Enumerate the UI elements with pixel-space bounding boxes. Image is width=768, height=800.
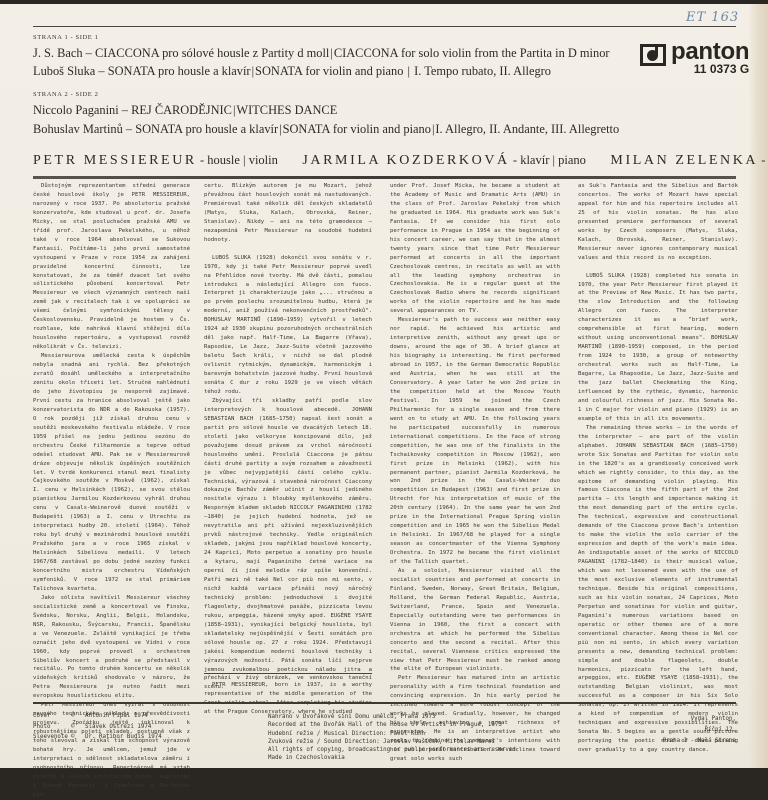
paragraph: The remaining three works — in the words… <box>578 424 738 755</box>
notes-cz-column-1: Důstojným reprezentantem střední generac… <box>33 182 190 768</box>
track-title-cz: SONATA pro housle a klavír <box>135 122 278 136</box>
paragraph: Messiereur's path to success was neither… <box>390 316 560 567</box>
paragraph: certu. Blízkým autorem je mu Mozart, jeh… <box>204 182 372 245</box>
performers-line: PETR MESSIEREUR - housle | violin JARMIL… <box>33 152 768 169</box>
paragraph: Zbývající tři skladby patří podle slov i… <box>204 397 372 692</box>
performer-name: JARMILA KOZDERKOVÁ <box>302 153 509 168</box>
paragraph: LUBOŠ SLUKA (1928) dokončil svou sonátu … <box>204 254 372 397</box>
paragraph: Messiereurova umělecká cesta k úspěchům … <box>33 352 190 594</box>
track-title-en: CIACCONA for solo violin from the Partit… <box>334 46 610 60</box>
language-divider <box>204 673 372 674</box>
track-title-cz: CIACCONA pro sólové housle z Partity d m… <box>95 46 329 60</box>
track-title-en: WITCHES DANCE <box>236 103 337 117</box>
performer-name: PETR MESSIEREUR <box>33 153 197 168</box>
panton-note-square-icon <box>640 44 666 66</box>
paragraph: PETR MESSIEREUR, born in 1937, is a wort… <box>204 681 372 717</box>
footer-divider <box>33 702 736 704</box>
track-composer: Bohuslav Martinů <box>33 122 123 136</box>
sleeve-edge <box>748 4 768 768</box>
credit-row: Cover©Antonín Pípal 1974 <box>33 711 162 722</box>
label-name: panton <box>671 40 749 64</box>
track-title-en: SONATA for violin and piano <box>255 64 403 78</box>
track-composer: Niccolo Paganini <box>33 103 119 117</box>
side2-track-1: Niccolo Paganini – REJ ČARODĚJNIC|WITCHE… <box>33 103 337 118</box>
paragraph: under Prof. Josef Micka, he became a stu… <box>390 182 560 316</box>
handwritten-note: ET 163 <box>686 10 739 25</box>
panton-logo: panton 11 0373 G <box>640 40 749 75</box>
notes-en-column-3: under Prof. Josef Micka, he became a stu… <box>390 182 560 764</box>
side2-track-2: Bohuslav Martinů – SONATA pro housle a k… <box>33 122 619 137</box>
side1-label: STRANA 1 - SIDE 1 <box>33 34 98 41</box>
recording-info: Nahráno v Dvořákově síni Domu umělců, Pr… <box>268 713 516 763</box>
copyright-icon: © <box>71 732 85 743</box>
paragraph: As a soloist, Messiereur visited all the… <box>390 567 560 674</box>
side1-track-1: J. S. Bach – CIACCONA pro sólové housle … <box>33 46 610 61</box>
track-title-en: SONATA for violin and piano <box>283 122 431 136</box>
notes-en-column-2: PETR MESSIEREUR, born in 1937, is a wort… <box>204 681 372 717</box>
paragraph: LUBOŠ SLUKA (1928) completed his sonata … <box>578 272 738 424</box>
side1-track-2: Luboš Sluka – SONATA pro housle a klavír… <box>33 64 551 79</box>
track-title-cz: SONATA pro housle a klavír <box>108 64 251 78</box>
track-movements: I. Tempo rubato, II. Allegro <box>414 64 551 78</box>
paragraph: Důstojným reprezentantem střední generac… <box>33 182 190 352</box>
header-divider <box>33 176 736 179</box>
credits: Cover©Antonín Pípal 1974 Photo©Slávek Os… <box>33 711 162 743</box>
side2-label: STRANA 2 - SIDE 2 <box>33 91 98 98</box>
track-movements: I. Allegro, II. Andante, III. Allegretto <box>435 122 619 136</box>
track-composer: J. S. Bach <box>33 46 83 60</box>
top-divider <box>33 26 736 27</box>
credit-row: Sleevenote©Dr. Ratibor Budiš 1974 <box>33 732 162 743</box>
track-title-cz: REJ ČARODĚJNIC <box>131 103 232 117</box>
notes-cz-column-2: certu. Blízkým autorem je mu Mozart, jeh… <box>204 182 372 692</box>
copyright-icon: © <box>71 711 85 722</box>
publisher-address: Vydal Panton, Říční 12, Praha 1 - Malá S… <box>663 714 736 747</box>
record-sleeve-back: ET 163 panton 11 0373 G STRANA 1 - SIDE … <box>0 4 768 768</box>
track-composer: Luboš Sluka <box>33 64 95 78</box>
performer-name: MILAN ZELENKA <box>610 153 758 168</box>
copyright-icon: © <box>71 722 85 733</box>
notes-en-column-4: as Suk's Fantasia and the Sibelius and B… <box>578 182 738 755</box>
paragraph: as Suk's Fantasia and the Sibelius and B… <box>578 182 738 263</box>
paragraph: Jako sólista navštívil Messiereur všechn… <box>33 594 190 701</box>
credit-row: Photo©Slávek Ostrezí 1974 <box>33 722 162 733</box>
